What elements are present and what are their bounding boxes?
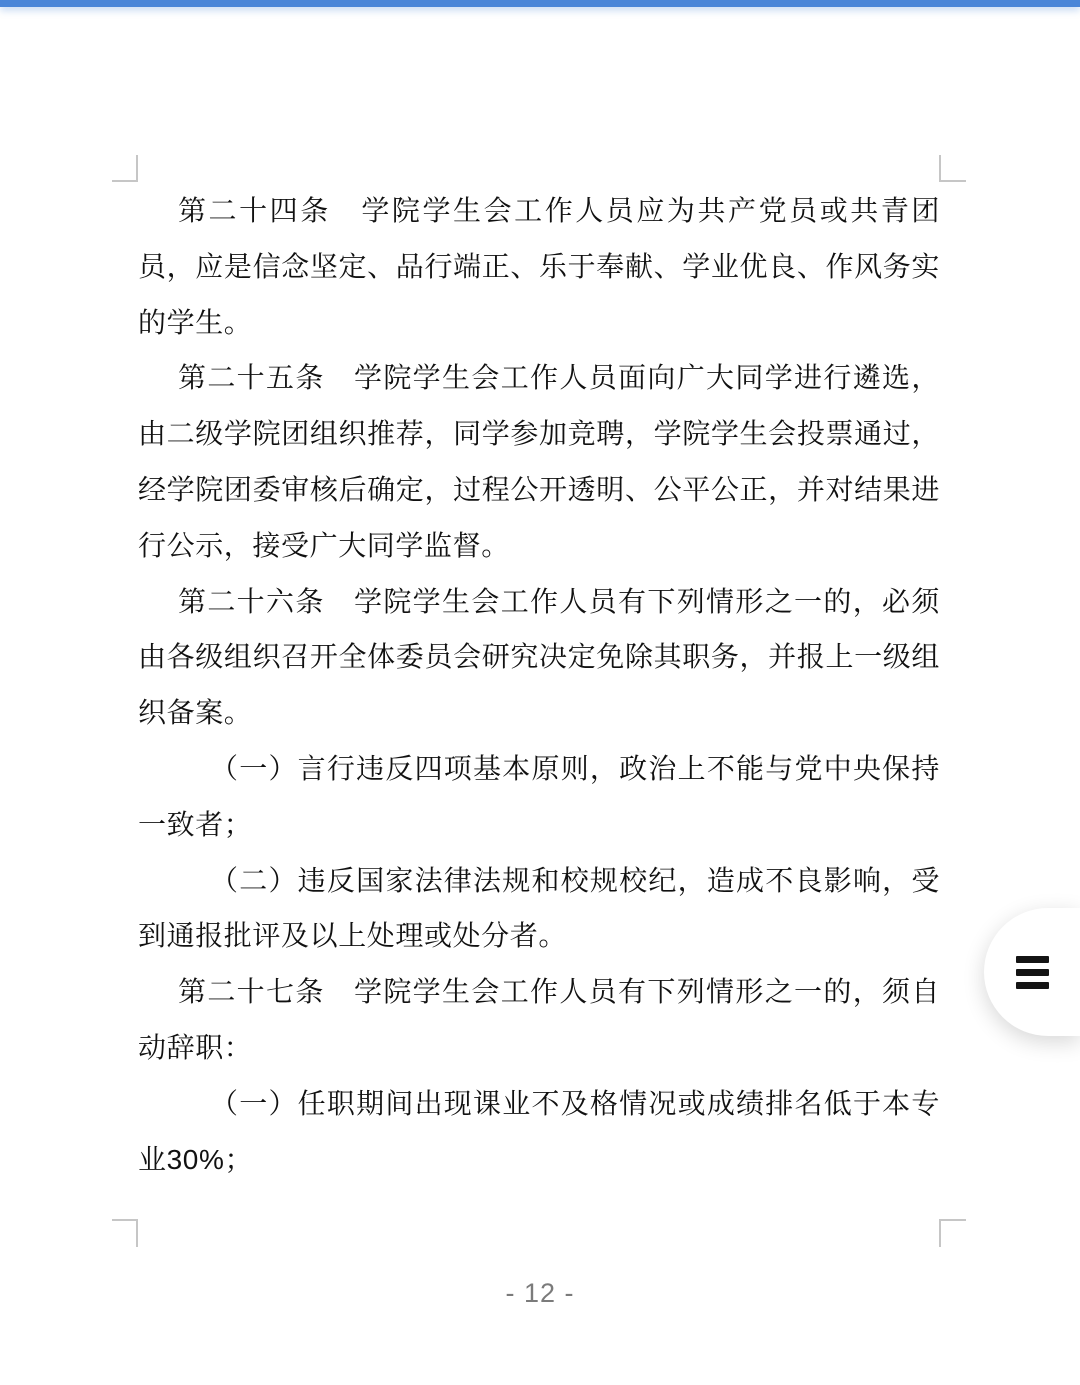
hamburger-bar xyxy=(1016,969,1049,976)
menu-handle-button[interactable] xyxy=(984,908,1080,1036)
hamburger-bar xyxy=(1016,956,1049,963)
document-page: 第二十四条 学院学生会工作人员应为共产党员或共青团员，应是信念坚定、品行端正、乐… xyxy=(138,183,940,1187)
paragraph-clause-2: （二）违反国家法律法规和校规校纪，造成不良影响，受到通报批评及以上处理或处分者。 xyxy=(138,853,940,965)
paragraph-article-25: 第二十五条 学院学生会工作人员面向广大同学进行遴选，由二级学院团组织推荐，同学参… xyxy=(138,350,940,573)
paragraph-clause-1: （一）言行违反四项基本原则，政治上不能与党中央保持一致者； xyxy=(138,741,940,853)
paragraph-article-24: 第二十四条 学院学生会工作人员应为共产党员或共青团员，应是信念坚定、品行端正、乐… xyxy=(138,183,940,350)
hamburger-menu-icon xyxy=(1016,953,1049,992)
crop-mark-top-right xyxy=(939,155,966,182)
crop-mark-bottom-right xyxy=(939,1219,966,1247)
crop-mark-top-left xyxy=(112,155,138,182)
crop-mark-bottom-left xyxy=(112,1219,138,1247)
page-number: - 12 - xyxy=(0,1278,1080,1309)
paragraph-article-26: 第二十六条 学院学生会工作人员有下列情形之一的，必须由各级组织召开全体委员会研究… xyxy=(138,574,940,741)
hamburger-bar xyxy=(1016,982,1049,989)
paragraph-clause-3: （一）任职期间出现课业不及格情况或成绩排名低于本专业30%； xyxy=(138,1076,940,1188)
paragraph-article-27: 第二十七条 学院学生会工作人员有下列情形之一的，须自动辞职： xyxy=(138,964,940,1076)
top-accent-bar xyxy=(0,0,1080,7)
